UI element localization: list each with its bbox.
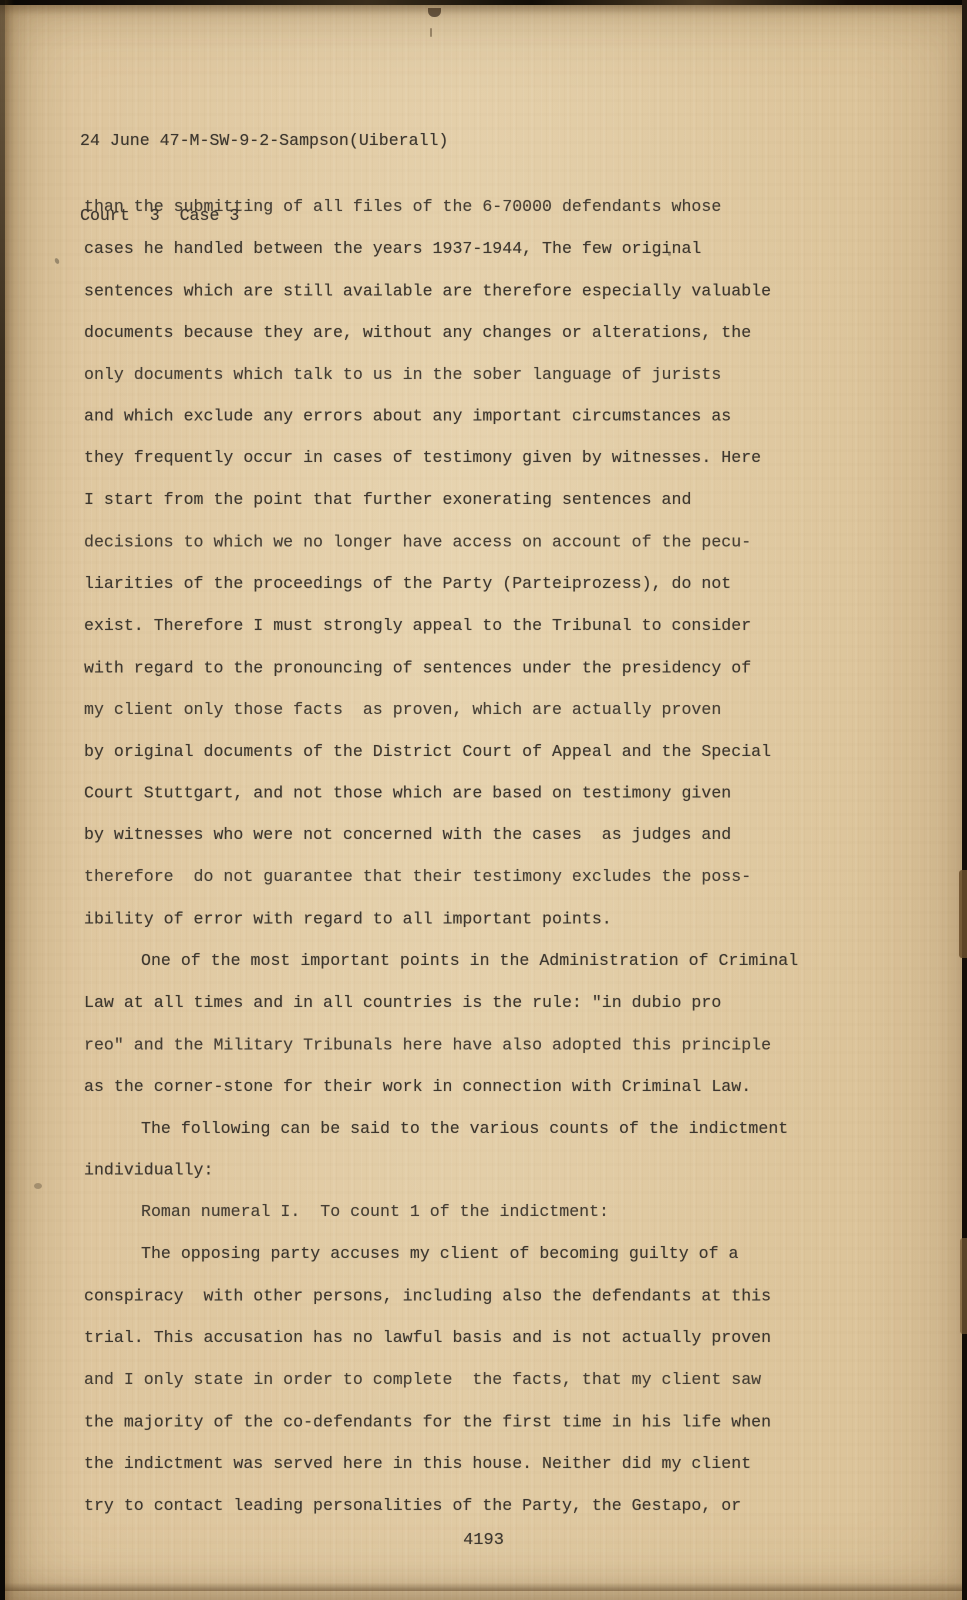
ink-speck [668, 252, 671, 256]
body-line: ibility of error with regard to all impo… [84, 899, 937, 941]
body-line: sentences which are still available are … [84, 270, 937, 312]
document-body: than the submitting of all files of the … [84, 186, 937, 1527]
page-number: 4193 [0, 1526, 967, 1556]
body-line: individually: [84, 1150, 937, 1192]
ink-speck [430, 28, 432, 37]
body-line: my client only those facts as proven, wh… [84, 689, 937, 731]
body-line: as the corner-stone for their work in co… [84, 1066, 937, 1108]
scan-edge-bottom [0, 1591, 967, 1600]
body-line: The opposing party accuses my client of … [84, 1233, 937, 1275]
body-line: decisions to which we no longer have acc… [84, 522, 937, 564]
body-line: and which exclude any errors about any i… [84, 396, 937, 438]
body-line: therefore do not guarantee that their te… [84, 856, 937, 898]
body-line: than the submitting of all files of the … [84, 186, 937, 228]
ink-speck [34, 1183, 42, 1189]
body-line: the majority of the co-defendants for th… [84, 1401, 937, 1443]
body-line: and I only state in order to complete th… [84, 1359, 937, 1401]
body-line: Law at all times and in all countries is… [84, 982, 937, 1024]
scanned-document-page: 24 June 47-M-SW-9-2-Sampson(Uiberall) Co… [0, 0, 967, 1600]
body-line: Court Stuttgart, and not those which are… [84, 773, 937, 815]
scan-edge-right [962, 0, 967, 1600]
body-line: The following can be said to the various… [84, 1108, 937, 1150]
scan-edge-left [0, 0, 5, 1600]
body-line: by original documents of the District Co… [84, 731, 937, 773]
body-line: exist. Therefore I must strongly appeal … [84, 605, 937, 647]
body-line: cases he handled between the years 1937-… [84, 228, 937, 270]
body-line: trial. This accusation has no lawful bas… [84, 1317, 937, 1359]
body-line: by witnesses who were not concerned with… [84, 814, 937, 856]
body-line: One of the most important points in the … [84, 940, 937, 982]
body-line: conspiracy with other persons, including… [84, 1276, 937, 1318]
body-line: liarities of the proceedings of the Part… [84, 563, 937, 605]
body-line: the indictment was served here in this h… [84, 1443, 937, 1485]
scan-edge-top [0, 0, 967, 5]
body-line: only documents which talk to us in the s… [84, 354, 937, 396]
header-line-reference: 24 June 47-M-SW-9-2-Sampson(Uiberall) [80, 128, 448, 153]
body-line: they frequently occur in cases of testim… [84, 437, 937, 479]
body-line: Roman numeral I. To count 1 of the indic… [84, 1191, 937, 1233]
body-line: reo" and the Military Tribunals here hav… [84, 1024, 937, 1066]
body-line: documents because they are, without any … [84, 312, 937, 354]
body-line: I start from the point that further exon… [84, 479, 937, 521]
body-line: with regard to the pronouncing of senten… [84, 647, 937, 689]
body-line: try to contact leading personalities of … [84, 1485, 937, 1527]
